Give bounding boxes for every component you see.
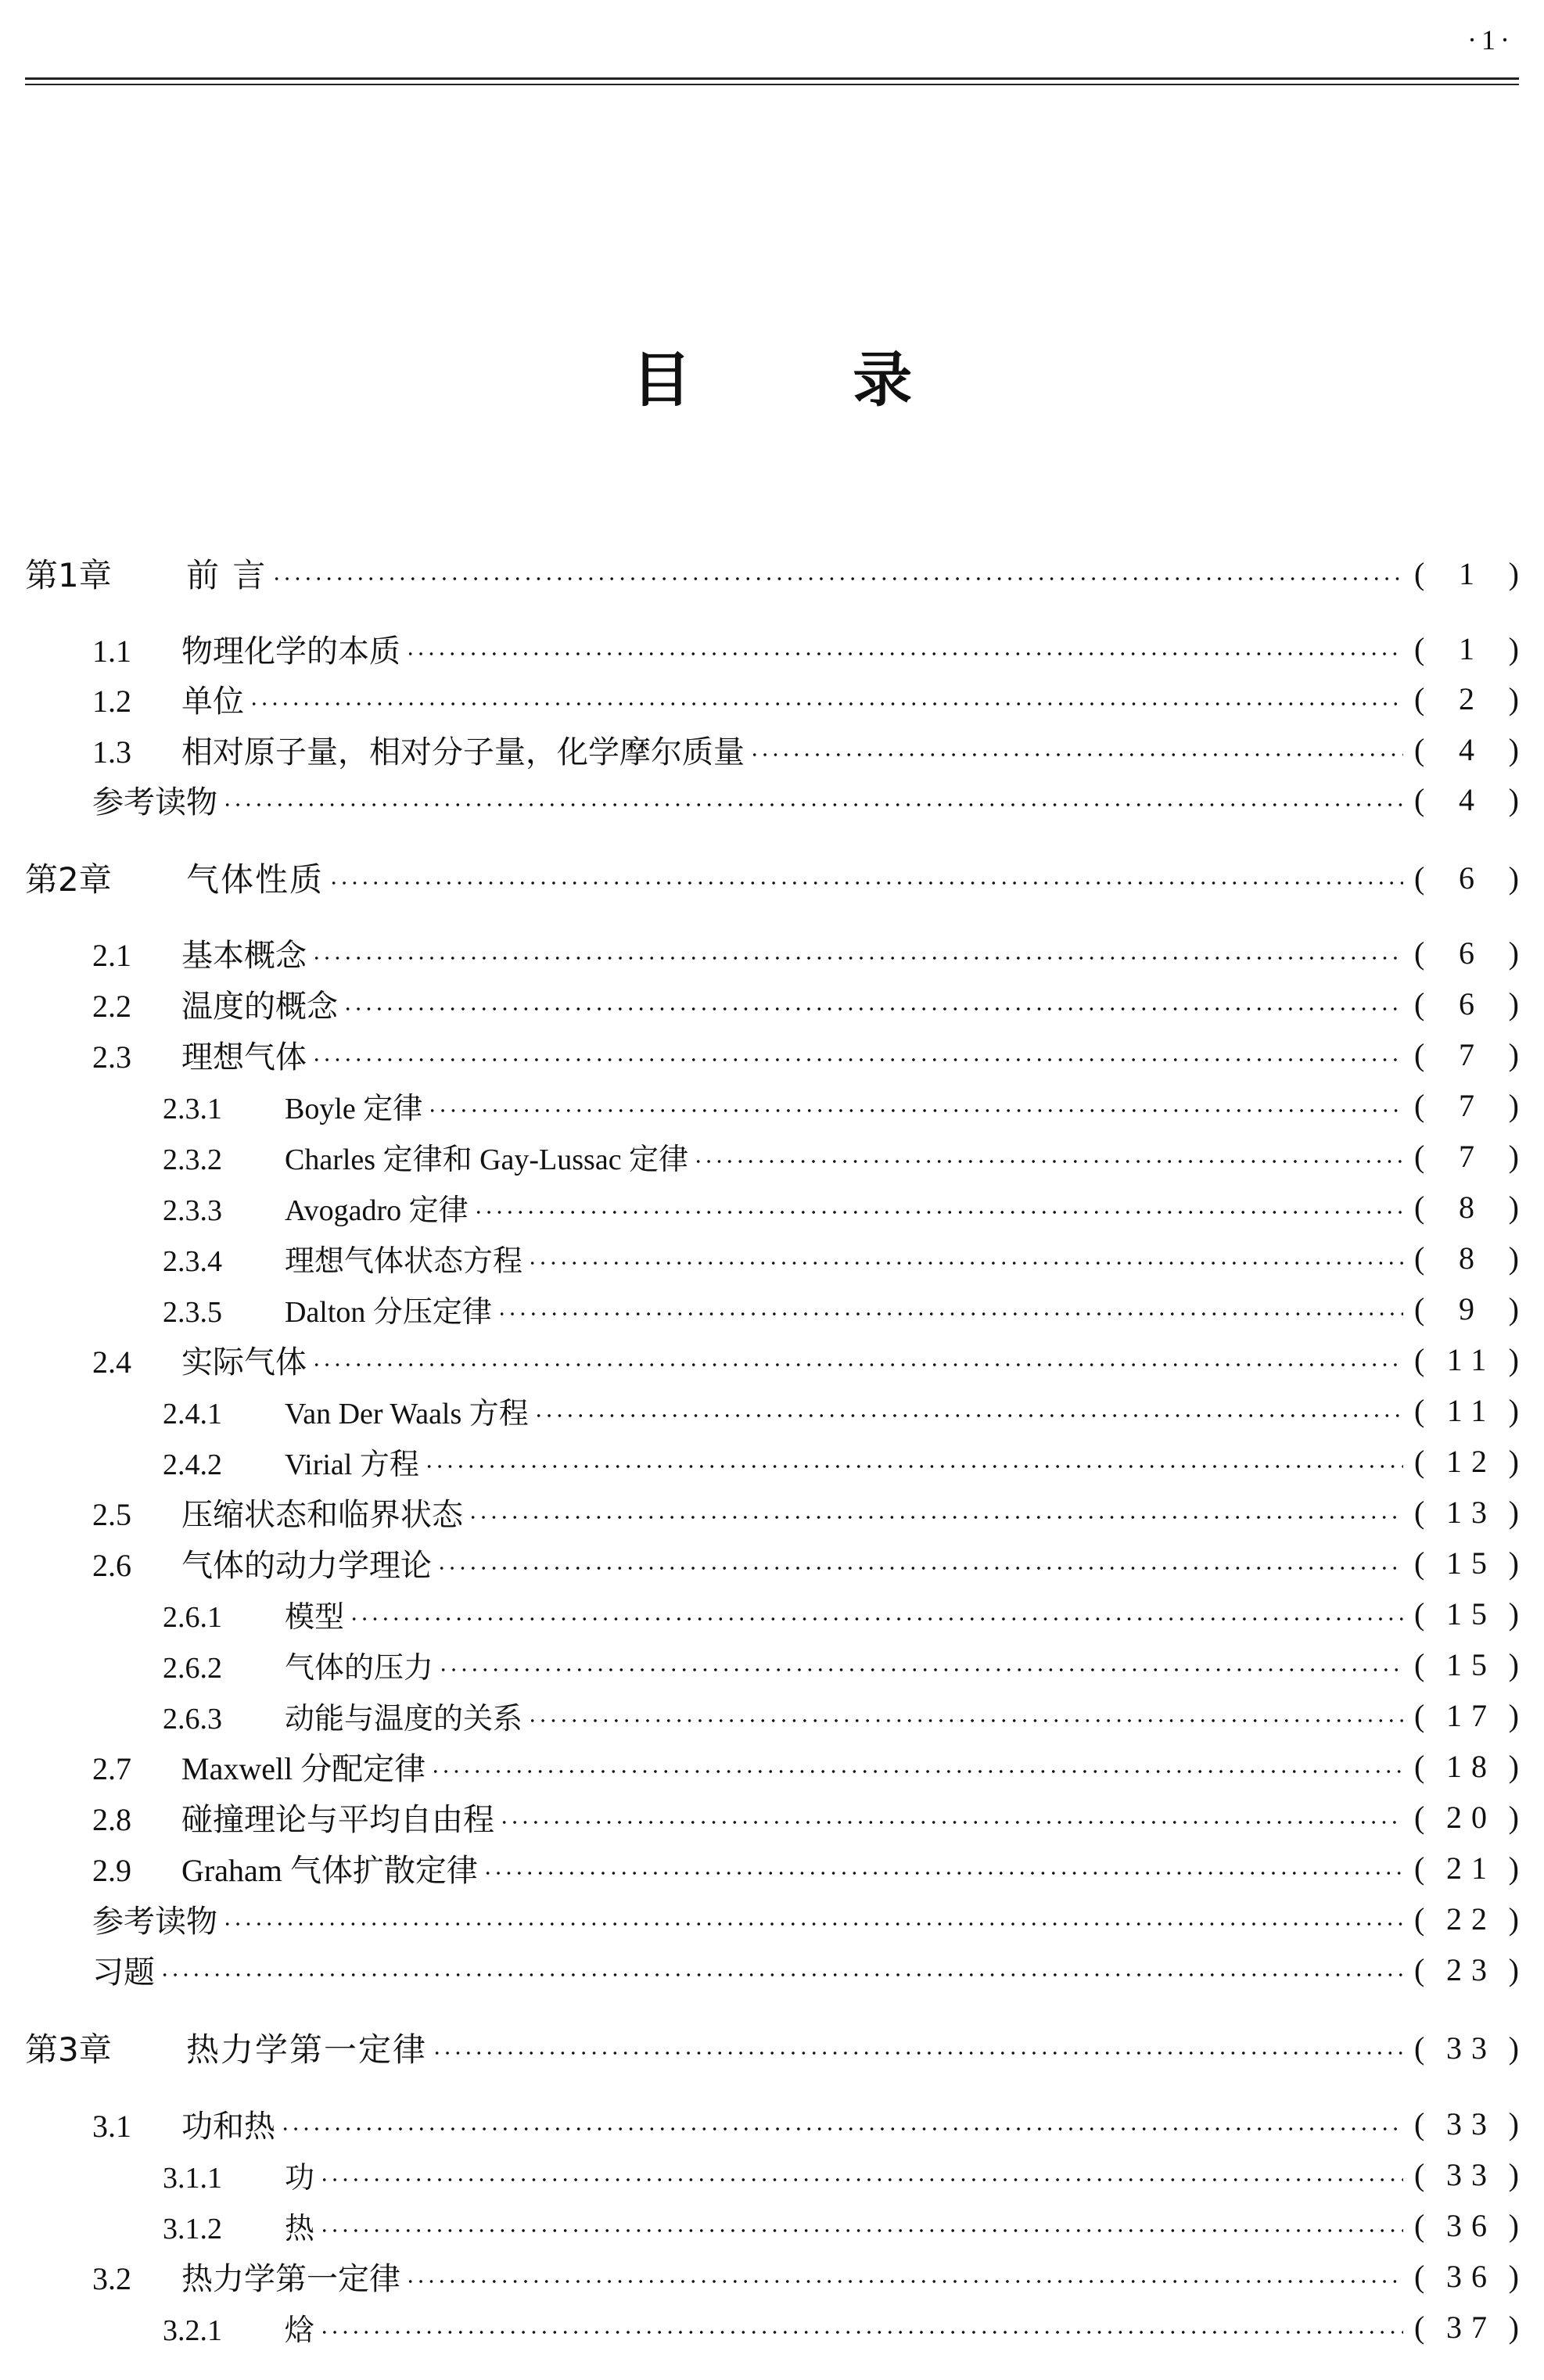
paren-open: ( xyxy=(1414,860,1424,896)
dot-leader xyxy=(432,2052,1403,2055)
paren-open: ( xyxy=(1414,1087,1424,1124)
toc-entry-title: Van Der Waals 方程 xyxy=(285,1389,529,1432)
toc-entry-title: 动能与温度的关系 xyxy=(285,1694,522,1737)
page-value: 33 xyxy=(1424,2030,1508,2066)
page-value: 4 xyxy=(1424,731,1508,768)
toc-entry-heading: 2.6.3 动能与温度的关系 xyxy=(0,1694,522,1737)
paren-close: ) xyxy=(1509,2309,1519,2346)
toc-entry-heading: 3.1.2 热 xyxy=(0,2204,314,2247)
toc-entry-heading: 第1章 前 言 xyxy=(0,550,267,597)
dot-leader xyxy=(436,1567,1403,1570)
dot-leader xyxy=(271,577,1403,580)
dot-leader xyxy=(319,2178,1403,2181)
toc-entry-heading: 习题 xyxy=(0,1947,155,1992)
toc-entry-title: 温度的概念 xyxy=(181,982,338,1026)
paren-open: ( xyxy=(1414,2105,1424,2142)
toc-entry-heading: 2.4.2 Virial 方程 xyxy=(0,1440,419,1483)
paren-close: ) xyxy=(1509,1901,1519,1937)
paren-open: ( xyxy=(1414,2207,1424,2244)
toc-entry-title: 参考读物 xyxy=(92,777,217,822)
toc-entry-heading: 2.8 碰撞理论与平均自由程 xyxy=(0,1795,494,1840)
dot-leader xyxy=(527,1262,1403,1265)
page-value: 15 xyxy=(1424,1596,1508,1632)
toc-entry[interactable]: 2.9 Graham 气体扩散定律 ( 21 ) xyxy=(0,1844,1544,1891)
page-value: 1 xyxy=(1424,630,1508,667)
toc-entry-number: 1.2 xyxy=(92,683,181,720)
toc-entry-page: ( 7 ) xyxy=(1414,1138,1519,1175)
dot-leader xyxy=(222,803,1403,806)
toc-entry[interactable]: 2.1 基本概念 ( 6 ) xyxy=(0,929,1544,976)
toc-entry[interactable]: 2.7 Maxwell 分配定律 ( 18 ) xyxy=(0,1743,1544,1789)
toc-entry-page: ( 20 ) xyxy=(1414,1799,1519,1836)
toc-entry[interactable]: 3.1 功和热 ( 33 ) xyxy=(0,2100,1544,2147)
page-value: 15 xyxy=(1424,1646,1508,1683)
paren-open: ( xyxy=(1414,630,1424,667)
toc-entry-heading: 2.1 基本概念 xyxy=(0,931,307,975)
toc-entry-title: Avogadro 定律 xyxy=(285,1186,469,1229)
page-value: 8 xyxy=(1424,1240,1508,1276)
paren-open: ( xyxy=(1414,1138,1424,1175)
toc-entry-heading: 2.6.2 气体的压力 xyxy=(0,1643,433,1686)
toc-entry-title: 热 xyxy=(285,2204,314,2247)
toc-entry[interactable]: 2.6.3 动能与温度的关系 ( 17 ) xyxy=(0,1692,1544,1739)
toc-entry-number: 2.7 xyxy=(92,1750,181,1787)
toc-entry-heading: 2.3.3 Avogadro 定律 xyxy=(0,1186,469,1229)
toc-entry-title: Maxwell 分配定律 xyxy=(181,1744,425,1789)
toc-entry-title: 单位 xyxy=(181,677,244,721)
paren-close: ) xyxy=(1509,1545,1519,1581)
toc-entry[interactable]: 参考读物 ( 4 ) xyxy=(0,776,1544,823)
toc-entry-heading: 2.3.1 Boyle 定律 xyxy=(0,1084,422,1127)
toc-entry[interactable]: 第3章 热力学第一定律 ( 33 ) xyxy=(0,2024,1544,2071)
dot-leader xyxy=(311,1058,1403,1061)
toc-entry-heading: 第2章 气体性质 xyxy=(0,854,324,901)
page-value: 17 xyxy=(1424,1697,1508,1734)
toc-entry-page: ( 8 ) xyxy=(1414,1240,1519,1276)
dot-leader xyxy=(497,1312,1403,1316)
toc-entry-page: ( 17 ) xyxy=(1414,1697,1519,1734)
paren-close: ) xyxy=(1509,1697,1519,1734)
toc-entry-heading: 3.1 功和热 xyxy=(0,2102,275,2146)
toc-entry-number: 2.9 xyxy=(92,1852,181,1889)
toc-entry-page: ( 36 ) xyxy=(1414,2258,1519,2295)
toc-entry-title: Virial 方程 xyxy=(285,1440,419,1483)
dot-leader xyxy=(430,1770,1403,1773)
toc-entry-number: 2.3.3 xyxy=(163,1194,285,1228)
page-value: 6 xyxy=(1424,985,1508,1022)
paren-close: ) xyxy=(1509,860,1519,896)
toc-entry-page: ( 33 ) xyxy=(1414,2105,1519,2142)
paren-close: ) xyxy=(1509,1494,1519,1531)
toc-entry[interactable]: 2.3.1 Boyle 定律 ( 7 ) xyxy=(0,1082,1544,1129)
toc-entry-title: 基本概念 xyxy=(181,931,307,975)
paren-open: ( xyxy=(1414,1901,1424,1937)
page-value: 8 xyxy=(1424,1189,1508,1226)
paren-open: ( xyxy=(1414,680,1424,717)
toc-entry[interactable]: 1.2 单位 ( 2 ) xyxy=(0,675,1544,722)
toc-entry-page: ( 6 ) xyxy=(1414,860,1519,896)
paren-close: ) xyxy=(1509,1138,1519,1175)
toc-entry-heading: 2.9 Graham 气体扩散定律 xyxy=(0,1846,478,1890)
paren-open: ( xyxy=(1414,985,1424,1022)
toc-entry-page: ( 13 ) xyxy=(1414,1494,1519,1531)
toc-entry[interactable]: 3.1.2 热 ( 36 ) xyxy=(0,2202,1544,2249)
toc-entry-page: ( 4 ) xyxy=(1414,781,1519,818)
paren-open: ( xyxy=(1414,1697,1424,1734)
page-value: 6 xyxy=(1424,935,1508,971)
toc-entry-heading: 1.3 相对原子量，相对分子量，化学摩尔质量 xyxy=(0,727,745,772)
toc-entry[interactable]: 3.1.1 功 ( 33 ) xyxy=(0,2151,1544,2198)
paren-open: ( xyxy=(1414,781,1424,818)
toc-entry[interactable]: 3.2.1 焓 ( 37 ) xyxy=(0,2303,1544,2350)
paren-open: ( xyxy=(1414,1799,1424,1836)
paren-close: ) xyxy=(1509,2105,1519,2142)
toc-entry[interactable]: 2.3 理想气体 ( 7 ) xyxy=(0,1031,1544,1078)
dot-leader xyxy=(349,1617,1403,1621)
toc-entry[interactable]: 习题 ( 23 ) xyxy=(0,1946,1544,1993)
paren-close: ) xyxy=(1509,1443,1519,1480)
toc-entry-number: 第3章 xyxy=(25,2024,186,2071)
page-value: 15 xyxy=(1424,1545,1508,1581)
paren-open: ( xyxy=(1414,1646,1424,1683)
paren-close: ) xyxy=(1509,1189,1519,1226)
toc-entry-number: 3.2.1 xyxy=(163,2314,285,2348)
toc-entry-number: 2.2 xyxy=(92,988,181,1025)
toc-entry[interactable]: 2.2 温度的概念 ( 6 ) xyxy=(0,980,1544,1027)
toc-entry-heading: 2.3 理想气体 xyxy=(0,1032,307,1077)
toc-entry-page: ( 15 ) xyxy=(1414,1545,1519,1581)
dot-leader xyxy=(427,1109,1403,1112)
dot-leader xyxy=(468,1516,1403,1519)
toc-entry-heading: 参考读物 xyxy=(0,777,217,822)
toc-entry-heading: 2.3.4 理想气体状态方程 xyxy=(0,1237,522,1280)
toc-entry-page: ( 22 ) xyxy=(1414,1901,1519,1937)
paren-open: ( xyxy=(1414,1596,1424,1632)
paren-open: ( xyxy=(1414,2030,1424,2066)
toc-entry-title: 理想气体 xyxy=(181,1032,307,1077)
toc-entry-number: 1.1 xyxy=(92,633,181,669)
dot-leader xyxy=(483,1872,1403,1875)
toc-entry-number: 3.1 xyxy=(92,2108,181,2145)
dot-leader xyxy=(693,1160,1403,1163)
toc-entry-number: 3.2 xyxy=(92,2260,181,2297)
toc-entry-number: 3.1.1 xyxy=(163,2161,285,2195)
paren-close: ) xyxy=(1509,680,1519,717)
toc-entry-heading: 2.6 气体的动力学理论 xyxy=(0,1541,432,1585)
toc-entry-number: 第2章 xyxy=(25,854,186,901)
toc-entry-page: ( 8 ) xyxy=(1414,1189,1519,1226)
paren-open: ( xyxy=(1414,2309,1424,2346)
paren-close: ) xyxy=(1509,935,1519,971)
paren-close: ) xyxy=(1509,2258,1519,2295)
paren-open: ( xyxy=(1414,1392,1424,1429)
page-value: 36 xyxy=(1424,2207,1508,2244)
page-value: 21 xyxy=(1424,1850,1508,1886)
toc-entry-page: ( 11 ) xyxy=(1414,1341,1519,1378)
toc-entry-heading: 3.2 热力学第一定律 xyxy=(0,2254,400,2299)
toc-entry-title: Boyle 定律 xyxy=(285,1084,422,1127)
toc-entry-heading: 2.5 压缩状态和临界状态 xyxy=(0,1490,463,1535)
header-rule-bottom xyxy=(25,84,1519,85)
toc-entry-heading: 1.2 单位 xyxy=(0,677,244,721)
toc-entry[interactable]: 第1章 前 言 ( 1 ) xyxy=(0,550,1544,597)
toc-entry-page: ( 6 ) xyxy=(1414,935,1519,971)
dot-leader xyxy=(319,2229,1403,2232)
toc-entry-page: ( 12 ) xyxy=(1414,1443,1519,1480)
toc-entry-number: 2.3 xyxy=(92,1039,181,1075)
paren-close: ) xyxy=(1509,1291,1519,1327)
dot-leader xyxy=(499,1821,1403,1824)
toc-entry-title: 功 xyxy=(285,2153,314,2196)
page-value: 13 xyxy=(1424,1494,1508,1531)
page-value: 7 xyxy=(1424,1138,1508,1175)
dot-leader xyxy=(438,1668,1403,1671)
toc-entry[interactable]: 2.6.1 模型 ( 15 ) xyxy=(0,1590,1544,1637)
toc-entry-page: ( 15 ) xyxy=(1414,1646,1519,1683)
toc-entry-title: 碰撞理论与平均自由程 xyxy=(181,1795,494,1840)
toc-entry-number: 2.6.2 xyxy=(163,1651,285,1685)
toc-entry-number: 2.4 xyxy=(92,1344,181,1380)
toc-entry-page: ( 9 ) xyxy=(1414,1291,1519,1327)
page-value: 12 xyxy=(1424,1443,1508,1480)
page-value: 7 xyxy=(1424,1087,1508,1124)
toc-entry-title: 参考读物 xyxy=(92,1897,217,1941)
toc-entry-title: 模型 xyxy=(285,1592,344,1635)
paren-open: ( xyxy=(1414,1850,1424,1886)
toc-entry-page: ( 33 ) xyxy=(1414,2030,1519,2066)
toc-entry-number: 2.6 xyxy=(92,1547,181,1584)
paren-close: ) xyxy=(1509,2030,1519,2066)
toc-entry[interactable]: 2.3.2 Charles 定律和 Gay-Lussac 定律 ( 7 ) xyxy=(0,1133,1544,1179)
paren-close: ) xyxy=(1509,2207,1519,2244)
toc-entry-heading: 第3章 热力学第一定律 xyxy=(0,2024,427,2071)
paren-open: ( xyxy=(1414,1291,1424,1327)
dot-leader xyxy=(222,1922,1403,1926)
toc-entry[interactable]: 第2章 气体性质 ( 6 ) xyxy=(0,854,1544,901)
paren-open: ( xyxy=(1414,555,1424,592)
toc-entry-page: ( 11 ) xyxy=(1414,1392,1519,1429)
page-number: ·1· xyxy=(1467,23,1514,56)
toc-entry-number: 3.1.2 xyxy=(163,2212,285,2246)
dot-leader xyxy=(405,2280,1403,2283)
toc-entry-title: Dalton 分压定律 xyxy=(285,1287,492,1330)
dot-leader xyxy=(424,1465,1403,1468)
page-value: 37 xyxy=(1424,2309,1508,2346)
dot-leader xyxy=(527,1719,1403,1722)
toc-entry-page: ( 2 ) xyxy=(1414,680,1519,717)
page-value: 36 xyxy=(1424,2258,1508,2295)
dot-leader xyxy=(311,1363,1403,1366)
toc-entry-number: 2.6.3 xyxy=(163,1702,285,1736)
dot-leader xyxy=(311,957,1403,960)
page-value: 22 xyxy=(1424,1901,1508,1937)
paren-open: ( xyxy=(1414,1240,1424,1276)
paren-open: ( xyxy=(1414,1951,1424,1988)
toc-entry-heading: 1.1 物理化学的本质 xyxy=(0,626,400,671)
toc-entry-page: ( 7 ) xyxy=(1414,1087,1519,1124)
toc-entry-title: 压缩状态和临界状态 xyxy=(181,1490,463,1535)
toc-entry-heading: 2.4 实际气体 xyxy=(0,1337,307,1382)
toc-entry-heading: 3.1.1 功 xyxy=(0,2153,314,2196)
toc-entry[interactable]: 2.4 实际气体 ( 11 ) xyxy=(0,1336,1544,1383)
toc-entry-title: 前 言 xyxy=(186,550,267,597)
paren-close: ) xyxy=(1509,1036,1519,1073)
toc-entry-title: Graham 气体扩散定律 xyxy=(181,1846,478,1890)
toc-entry[interactable]: 2.3.5 Dalton 分压定律 ( 9 ) xyxy=(0,1285,1544,1332)
toc-entry-title: Charles 定律和 Gay-Lussac 定律 xyxy=(285,1135,688,1178)
toc-entry-page: ( 15 ) xyxy=(1414,1596,1519,1632)
page-value: 11 xyxy=(1424,1392,1508,1429)
paren-close: ) xyxy=(1509,2156,1519,2193)
dot-leader xyxy=(319,2331,1403,2334)
toc-entry-number: 2.3.2 xyxy=(163,1143,285,1177)
toc-entry-heading: 2.4.1 Van Der Waals 方程 xyxy=(0,1389,529,1432)
paren-open: ( xyxy=(1414,1189,1424,1226)
toc-entry[interactable]: 1.1 物理化学的本质 ( 1 ) xyxy=(0,625,1544,672)
page-value: 33 xyxy=(1424,2156,1508,2193)
toc-entry-page: ( 18 ) xyxy=(1414,1748,1519,1785)
toc-entry[interactable]: 2.6.2 气体的压力 ( 15 ) xyxy=(0,1641,1544,1688)
page-value: 7 xyxy=(1424,1036,1508,1073)
dot-leader xyxy=(473,1211,1403,1214)
paren-close: ) xyxy=(1509,555,1519,592)
dot-leader xyxy=(533,1414,1403,1417)
toc-entry-title: 实际气体 xyxy=(181,1337,307,1382)
page-value: 23 xyxy=(1424,1951,1508,1988)
paren-close: ) xyxy=(1509,630,1519,667)
toc-entry-heading: 2.2 温度的概念 xyxy=(0,982,338,1026)
toc-entry-number: 2.8 xyxy=(92,1801,181,1838)
toc-entry-heading: 参考读物 xyxy=(0,1897,217,1941)
toc-entry[interactable]: 2.3.4 理想气体状态方程 ( 8 ) xyxy=(0,1234,1544,1281)
toc-entry-title: 气体性质 xyxy=(186,854,324,901)
page-value: 9 xyxy=(1424,1291,1508,1327)
toc-entry-page: ( 1 ) xyxy=(1414,555,1519,592)
paren-open: ( xyxy=(1414,2156,1424,2193)
toc-entry-number: 第1章 xyxy=(25,550,186,597)
toc-entry-title: 热力学第一定律 xyxy=(186,2024,427,2071)
page-value: 33 xyxy=(1424,2105,1508,2142)
page-value: 20 xyxy=(1424,1799,1508,1836)
dot-leader xyxy=(249,702,1403,705)
toc-entry[interactable]: 2.6 气体的动力学理论 ( 15 ) xyxy=(0,1539,1544,1586)
toc-entry-title: 气体的压力 xyxy=(285,1643,433,1686)
dot-leader xyxy=(160,1973,1403,1976)
toc-entry-page: ( 4 ) xyxy=(1414,731,1519,768)
toc-entry-number: 2.3.1 xyxy=(163,1092,285,1126)
paren-open: ( xyxy=(1414,2258,1424,2295)
header-rule-top xyxy=(25,77,1519,80)
paren-close: ) xyxy=(1509,781,1519,818)
page-value: 18 xyxy=(1424,1748,1508,1785)
paren-close: ) xyxy=(1509,1951,1519,1988)
toc-entry-number: 2.5 xyxy=(92,1496,181,1533)
dot-leader xyxy=(329,881,1403,885)
page-value: 2 xyxy=(1424,680,1508,717)
toc-entry[interactable]: 1.3 相对原子量，相对分子量，化学摩尔质量 ( 4 ) xyxy=(0,726,1544,773)
paren-open: ( xyxy=(1414,1545,1424,1581)
toc-entry-title: 习题 xyxy=(92,1947,155,1992)
toc-entry[interactable]: 2.5 压缩状态和临界状态 ( 13 ) xyxy=(0,1488,1544,1535)
toc-entry-page: ( 36 ) xyxy=(1414,2207,1519,2244)
page-value: 4 xyxy=(1424,781,1508,818)
paren-close: ) xyxy=(1509,1341,1519,1378)
paren-open: ( xyxy=(1414,935,1424,971)
toc-entry-page: ( 37 ) xyxy=(1414,2309,1519,2346)
toc-entry-title: 功和热 xyxy=(181,2102,275,2146)
dot-leader xyxy=(280,2127,1403,2131)
paren-close: ) xyxy=(1509,1392,1519,1429)
toc-entry[interactable]: 2.3.3 Avogadro 定律 ( 8 ) xyxy=(0,1183,1544,1230)
paren-open: ( xyxy=(1414,1443,1424,1480)
toc-entry-heading: 2.3.5 Dalton 分压定律 xyxy=(0,1287,492,1330)
toc-entry-title: 理想气体状态方程 xyxy=(285,1237,522,1280)
paren-close: ) xyxy=(1509,1799,1519,1836)
toc-entry-title: 物理化学的本质 xyxy=(181,626,400,671)
toc-entry-page: ( 33 ) xyxy=(1414,2156,1519,2193)
toc-entry-number: 2.1 xyxy=(92,937,181,974)
toc-entry-title: 焓 xyxy=(285,2306,314,2349)
paren-close: ) xyxy=(1509,1850,1519,1886)
paren-close: ) xyxy=(1509,1596,1519,1632)
toc-entry-number: 1.3 xyxy=(92,734,181,770)
toc-entry-page: ( 7 ) xyxy=(1414,1036,1519,1073)
toc-entry[interactable]: 2.4.2 Virial 方程 ( 12 ) xyxy=(0,1438,1544,1484)
toc-entry-number: 2.3.5 xyxy=(163,1295,285,1330)
paren-close: ) xyxy=(1509,1087,1519,1124)
toc-entry-title: 气体的动力学理论 xyxy=(181,1541,432,1585)
paren-close: ) xyxy=(1509,731,1519,768)
paren-close: ) xyxy=(1509,985,1519,1022)
paren-close: ) xyxy=(1509,1646,1519,1683)
paren-open: ( xyxy=(1414,1341,1424,1378)
paren-open: ( xyxy=(1414,731,1424,768)
paren-close: ) xyxy=(1509,1240,1519,1276)
toc-entry-page: ( 23 ) xyxy=(1414,1951,1519,1988)
toc-entry-page: ( 6 ) xyxy=(1414,985,1519,1022)
toc-entry-number: 2.6.1 xyxy=(163,1600,285,1635)
page-title: 目 录 xyxy=(0,332,1544,418)
toc-entry-heading: 2.6.1 模型 xyxy=(0,1592,344,1635)
toc-entry[interactable]: 2.8 碰撞理论与平均自由程 ( 20 ) xyxy=(0,1793,1544,1840)
toc-entry-page: ( 21 ) xyxy=(1414,1850,1519,1886)
paren-open: ( xyxy=(1414,1748,1424,1785)
toc-entry-page: ( 1 ) xyxy=(1414,630,1519,667)
toc-entry-number: 2.4.2 xyxy=(163,1448,285,1482)
paren-close: ) xyxy=(1509,1748,1519,1785)
toc-entry-title: 热力学第一定律 xyxy=(181,2254,400,2299)
page-value: 1 xyxy=(1424,555,1508,592)
toc-entry-number: 2.4.1 xyxy=(163,1397,285,1431)
toc-entry[interactable]: 参考读物 ( 22 ) xyxy=(0,1895,1544,1942)
dot-leader xyxy=(749,753,1403,756)
toc-entry-heading: 2.7 Maxwell 分配定律 xyxy=(0,1744,425,1789)
toc-entry-number: 2.3.4 xyxy=(163,1244,285,1279)
dot-leader xyxy=(343,1007,1403,1011)
paren-open: ( xyxy=(1414,1494,1424,1531)
page-value: 11 xyxy=(1424,1341,1508,1378)
toc-entry[interactable]: 2.4.1 Van Der Waals 方程 ( 11 ) xyxy=(0,1387,1544,1434)
dot-leader xyxy=(405,652,1403,655)
toc-entry-title: 相对原子量，相对分子量，化学摩尔质量 xyxy=(181,727,745,772)
page-value: 6 xyxy=(1424,860,1508,896)
toc-entry-heading: 2.3.2 Charles 定律和 Gay-Lussac 定律 xyxy=(0,1135,688,1178)
toc-entry[interactable]: 3.2 热力学第一定律 ( 36 ) xyxy=(0,2253,1544,2299)
toc-entry-heading: 3.2.1 焓 xyxy=(0,2306,314,2349)
paren-open: ( xyxy=(1414,1036,1424,1073)
